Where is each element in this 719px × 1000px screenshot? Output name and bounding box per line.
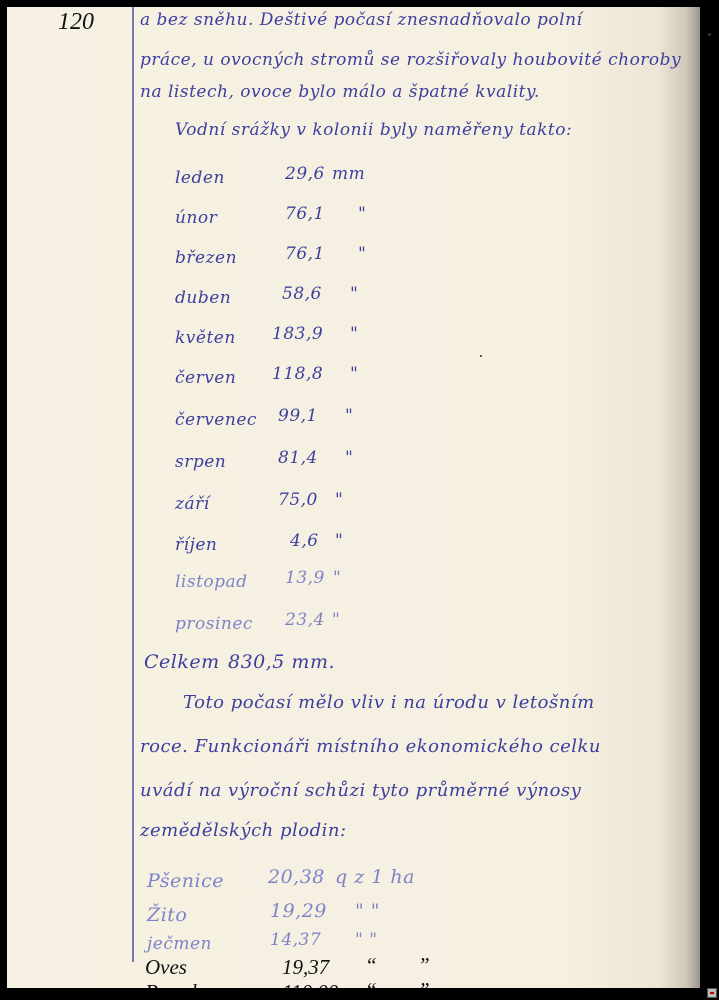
- rainfall-unit: ": [333, 568, 341, 588]
- text-line: práce, u ovocných stromů se rozšiřovaly …: [140, 50, 681, 70]
- bottom-bar: [0, 988, 719, 1000]
- margin-line: [132, 7, 134, 962]
- speck: [708, 33, 711, 36]
- rainfall-value: 76,1: [285, 204, 325, 224]
- month-label: červenec: [175, 410, 257, 430]
- rainfall-value: 76,1: [285, 244, 325, 264]
- month-label: říjen: [175, 535, 217, 555]
- crop-yield: 19,37: [282, 955, 329, 980]
- total-label: Celkem: [144, 651, 220, 673]
- rainfall-value: 13,9: [285, 568, 325, 588]
- month-label: květen: [175, 328, 236, 348]
- crop-unit: " ": [355, 900, 380, 922]
- month-label: březen: [175, 248, 237, 268]
- rainfall-unit: ": [350, 284, 358, 304]
- minimize-icon[interactable]: [707, 988, 717, 998]
- rainfall-value: 4,6: [290, 531, 319, 551]
- text-line: Toto počasí mělo vliv i na úrodu v letoš…: [183, 692, 595, 713]
- crop-label: ječmen: [147, 934, 212, 954]
- rainfall-unit: ": [350, 324, 358, 344]
- rainfall-value: 183,9: [272, 324, 323, 344]
- notebook-page: [7, 7, 700, 992]
- rainfall-value: 81,4: [278, 448, 318, 468]
- crop-yield: 19,29: [270, 900, 327, 922]
- ditto-close: ”: [418, 953, 430, 978]
- page-number: 120: [58, 9, 94, 36]
- rainfall-value: 75,0: [278, 490, 318, 510]
- text-line: roce. Funkcionáři místního ekonomického …: [140, 736, 601, 757]
- rainfall-unit: ": [358, 244, 366, 264]
- month-label: únor: [175, 208, 217, 228]
- speck: [480, 355, 482, 357]
- month-label: září: [175, 494, 210, 514]
- month-label: srpen: [175, 452, 226, 472]
- month-label: leden: [175, 168, 225, 188]
- rainfall-value: 118,8: [272, 364, 323, 384]
- crop-label: Pšenice: [147, 870, 224, 892]
- month-label: prosinec: [175, 614, 253, 634]
- text-line: uvádí na výroční schůzi tyto průměrné vý…: [140, 780, 581, 801]
- rainfall-unit: ": [345, 448, 353, 468]
- rainfall-unit: mm: [332, 164, 365, 184]
- ditto-open: “: [365, 953, 377, 978]
- text-line: zemědělských plodin:: [140, 820, 347, 841]
- rainfall-intro: Vodní srážky v kolonii byly naměřeny tak…: [175, 120, 572, 140]
- text-line: na listech, ovoce bylo málo a špatné kva…: [140, 82, 540, 102]
- rainfall-value: 58,6: [282, 284, 322, 304]
- rainfall-unit: ": [358, 204, 366, 224]
- rainfall-unit: ": [350, 364, 358, 384]
- month-label: červen: [175, 368, 236, 388]
- rainfall-value: 99,1: [278, 406, 318, 426]
- rainfall-value: 23,4: [285, 610, 325, 630]
- month-label: listopad: [175, 572, 248, 592]
- rainfall-unit: ": [335, 490, 343, 510]
- crop-label: Žito: [147, 904, 187, 926]
- crop-unit: q z 1 ha: [335, 866, 415, 888]
- crop-yield: 20,38: [268, 866, 325, 888]
- rainfall-unit: ": [332, 610, 340, 630]
- crop-label: Oves: [145, 955, 187, 980]
- rainfall-unit: ": [335, 531, 343, 551]
- total-value: 830,5 mm.: [228, 651, 335, 673]
- text-line: a bez sněhu. Deštivé počasí znesnadňoval…: [140, 10, 582, 30]
- month-label: duben: [175, 288, 231, 308]
- rainfall-value: 29,6: [285, 164, 325, 184]
- crop-unit: " ": [355, 930, 378, 950]
- crop-yield: 14,37: [270, 930, 321, 950]
- rainfall-unit: ": [345, 406, 353, 426]
